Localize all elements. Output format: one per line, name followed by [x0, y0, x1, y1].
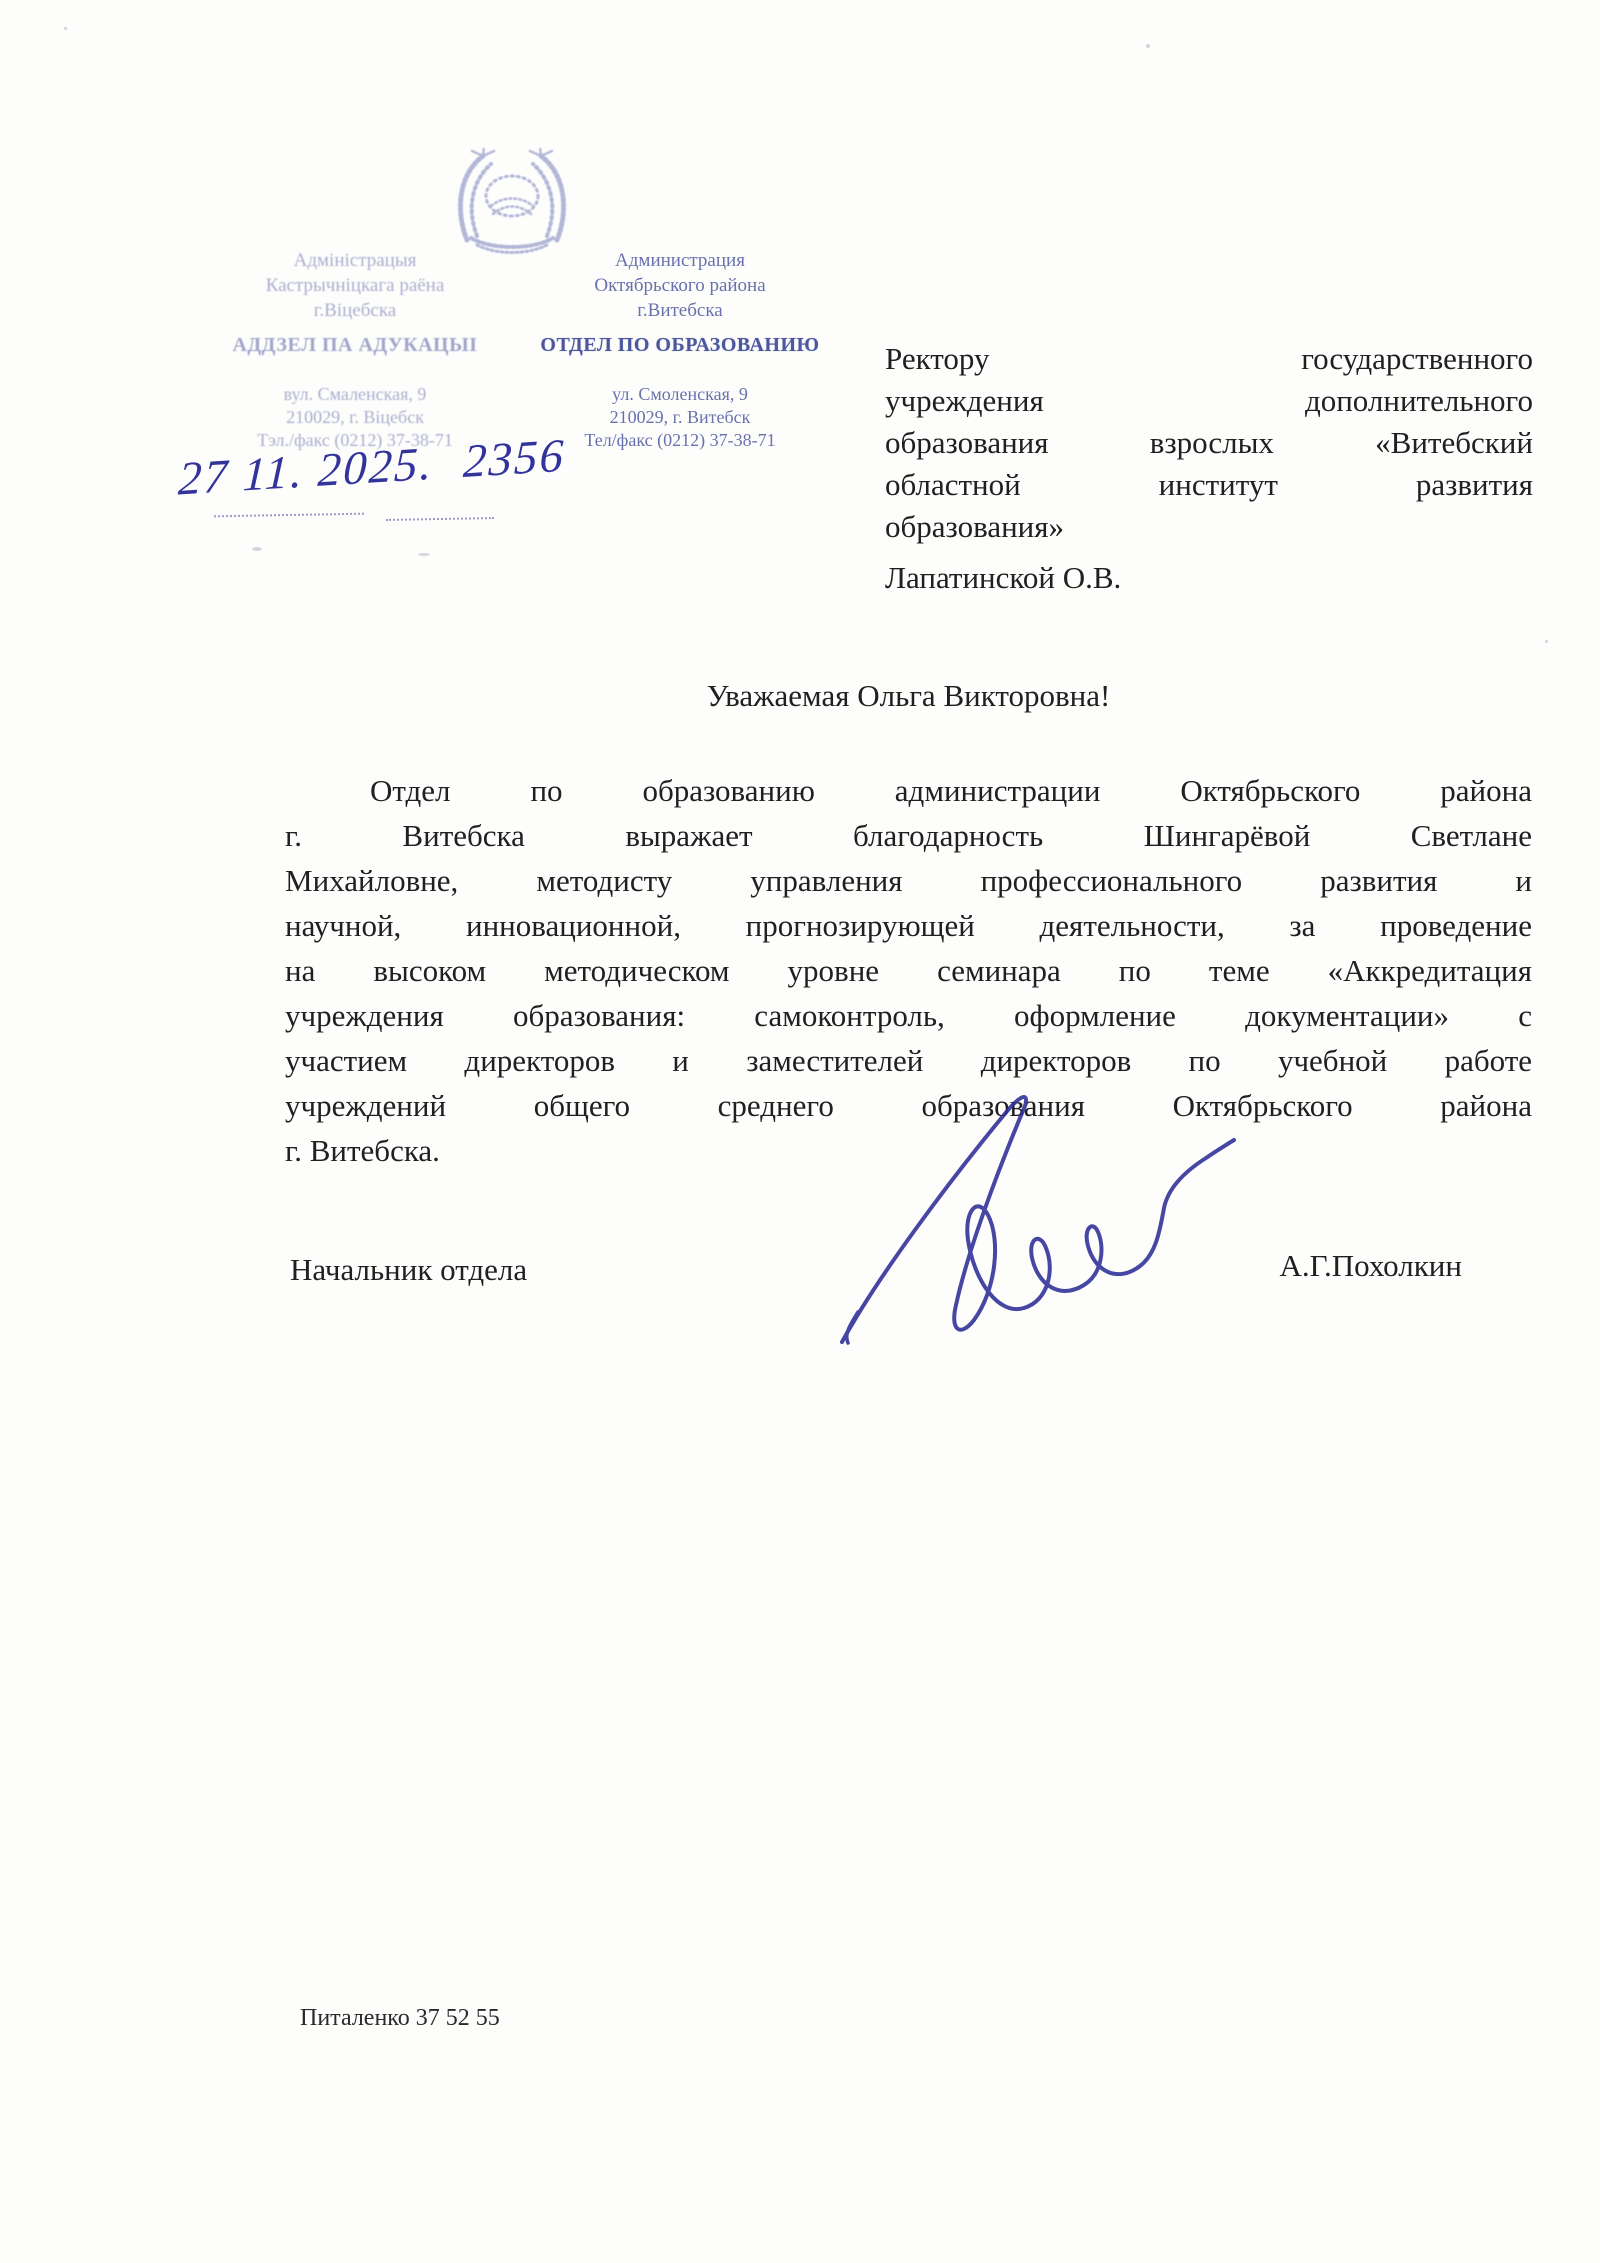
- text-line: г.Віцебска: [205, 298, 505, 323]
- paper-speck: [64, 27, 67, 30]
- text-line: областной институт развития: [885, 464, 1533, 506]
- text-line: ул. Смоленская, 9: [530, 383, 830, 406]
- text-line: г.Витебска: [530, 298, 830, 323]
- paper-speck: [1146, 44, 1150, 48]
- text-line: 210029, г. Віцебск: [205, 406, 505, 429]
- letterhead-right-department: ОТДЕЛ ПО ОБРАЗОВАНИЮ: [505, 334, 855, 357]
- text-line: образования»: [885, 506, 1533, 548]
- text-line: 210029, г. Витебск: [530, 406, 830, 429]
- handwritten-signature-icon: [828, 1080, 1252, 1364]
- salutation: Уважаемая Ольга Викторовна!: [285, 678, 1532, 714]
- text-line: научной, инновационной, прогнозирующей д…: [285, 903, 1532, 948]
- text-line: Отдел по образованию администрации Октяб…: [285, 768, 1532, 813]
- signoff-name: А.Г.Похолкин: [1062, 1248, 1462, 1284]
- text-line: вул. Смаленская, 9: [205, 383, 505, 406]
- letterhead-right-address: ул. Смоленская, 9210029, г. ВитебскТел/ф…: [530, 383, 830, 452]
- signoff-position: Начальник отдела: [290, 1252, 527, 1288]
- state-emblem-icon: [447, 148, 577, 254]
- text-line: образования взрослых «Витебский: [885, 422, 1533, 464]
- number-dotted-underline: [386, 517, 494, 521]
- text-line: учреждения дополнительного: [885, 380, 1533, 422]
- text-line: на высоком методическом уровне семинара …: [285, 948, 1532, 993]
- text-line: учреждения образования: самоконтроль, оф…: [285, 993, 1532, 1038]
- addressee-block: Ректору государственногоучреждения допол…: [885, 338, 1533, 548]
- ink-smudge: [252, 547, 262, 551]
- paper-speck: [1545, 640, 1548, 643]
- text-line: Кастрычніцкага раёна: [205, 273, 505, 298]
- date-dotted-underline: [214, 513, 364, 518]
- letterhead-left-organization: АдміністрацыяКастрычніцкага раёнаг.Віцеб…: [205, 248, 505, 323]
- letter-page: АдміністрацыяКастрычніцкага раёнаг.Віцеб…: [0, 0, 1600, 2263]
- text-line: Ректору государственного: [885, 338, 1533, 380]
- addressee-name: Лапатинской О.В.: [885, 560, 1121, 596]
- text-line: участием директоров и заместителей дирек…: [285, 1038, 1532, 1083]
- text-line: Адміністрацыя: [205, 248, 505, 273]
- text-line: Тел/факс (0212) 37-38-71: [530, 429, 830, 452]
- handwritten-number: 2356: [462, 430, 566, 488]
- executor-contact: Питаленко 37 52 55: [300, 2005, 500, 2032]
- ink-smudge: [418, 553, 430, 556]
- text-line: г. Витебска выражает благодарность Шинга…: [285, 813, 1532, 858]
- text-line: Михайловне, методисту управления професс…: [285, 858, 1532, 903]
- letterhead-left-department: АДДЗЕЛ ПА АДУКАЦЫІ: [205, 334, 505, 357]
- text-line: Администрация: [530, 248, 830, 273]
- text-line: Октябрьского района: [530, 273, 830, 298]
- letterhead-right-organization: АдминистрацияОктябрьского районаг.Витебс…: [530, 248, 830, 323]
